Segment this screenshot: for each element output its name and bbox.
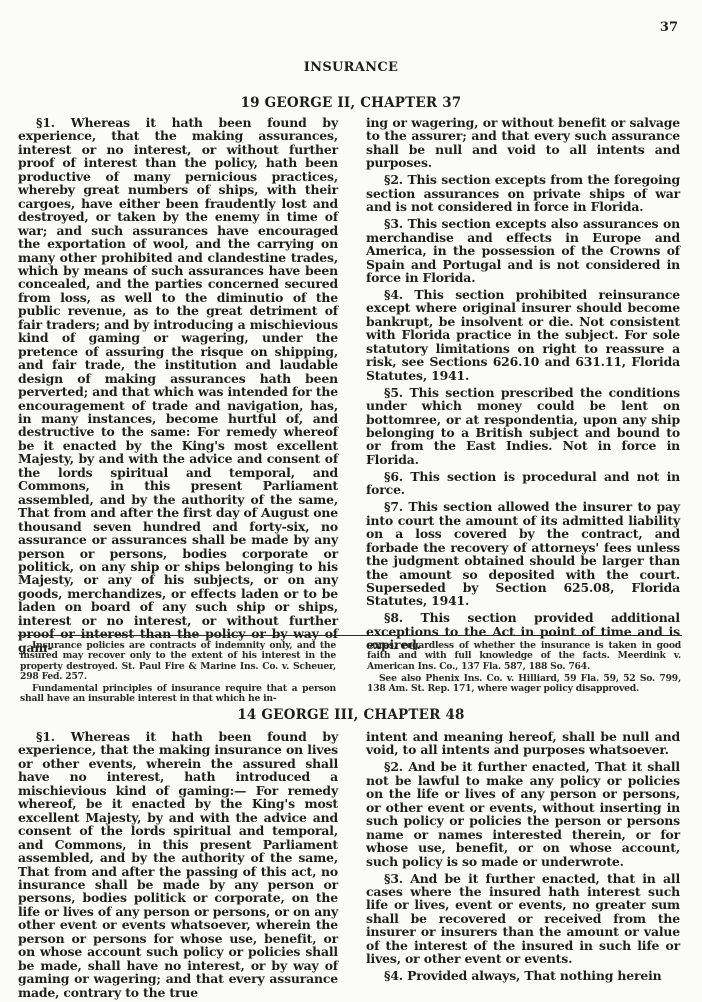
act2-left-column: §1. Whereas it hath been found by experi…	[18, 730, 338, 1002]
act2-section-3: §3. And be it further enacted, that in a…	[366, 872, 680, 966]
act2-section-2: §2. And be it further enacted, That it s…	[366, 760, 680, 868]
footnote-divider	[18, 635, 682, 636]
act1-section-4: §4. This section prohibited reinsurance …	[366, 288, 680, 382]
act1-section-1: §1. Whereas it hath been found by experi…	[18, 116, 338, 654]
act2-section-1: §1. Whereas it hath been found by experi…	[18, 730, 338, 999]
footnote-see-also: See also Phenix Ins. Co. v. Hilliard, 59…	[367, 674, 681, 695]
act1-heading: 19 GEORGE II, CHAPTER 37	[0, 95, 702, 111]
act1-right-column: ing or wagering, or without benefit or s…	[366, 116, 680, 655]
act1-section-5: §5. This section prescribed the conditio…	[366, 386, 680, 467]
act2-heading: 14 GEORGE III, CHAPTER 48	[0, 707, 702, 723]
act2-right-column: intent and meaning hereof, shall be null…	[366, 730, 680, 986]
running-head: INSURANCE	[0, 60, 702, 75]
page-number: 37	[660, 20, 678, 35]
act1-left-column: §1. Whereas it hath been found by experi…	[18, 116, 338, 658]
footnote-insurable-interest-continuation: sures, regardless of whether the insuran…	[367, 641, 681, 672]
act1-section-3: §3. This section excepts also assurances…	[366, 217, 680, 284]
act1-section-1-continuation: ing or wagering, or without benefit or s…	[366, 116, 680, 170]
footnotes-right: sures, regardless of whether the insuran…	[367, 641, 681, 696]
act1-section-2: §2. This section excepts from the forego…	[366, 173, 680, 213]
act1-section-6: §6. This section is procedural and not i…	[366, 470, 680, 497]
footnotes-left: Insurance policies are contracts of inde…	[20, 641, 336, 707]
act2-section-1-continuation: intent and meaning hereof, shall be null…	[366, 730, 680, 757]
footnote-insurable-interest: Fundamental principles of insurance requ…	[20, 684, 336, 705]
act2-section-4: §4. Provided always, That nothing herein	[366, 969, 680, 982]
act1-section-7: §7. This section allowed the insurer to …	[366, 500, 680, 608]
footnote-indemnity: Insurance policies are contracts of inde…	[20, 641, 336, 682]
